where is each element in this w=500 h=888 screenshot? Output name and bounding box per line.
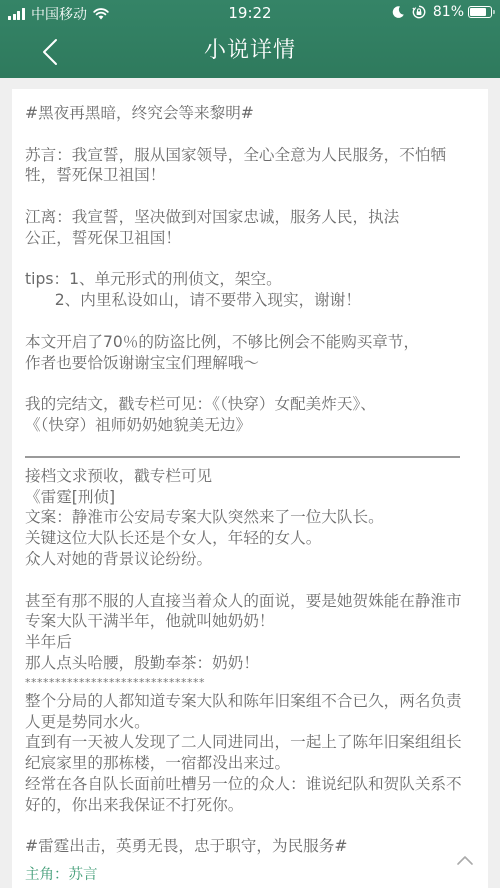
blurb-line-7: 整个分局的人都知道专案大队和陈年旧案组不合已久，两名负责人更是势同水火。 [25,691,477,733]
blurb-line-2: 关键这位大队长还是个女人，年轻的女人。 [25,528,477,549]
battery-percent: 81% [433,4,464,20]
blurb-line-3: 众人对她的背景议论纷纷。 [25,549,477,570]
section-divider [25,456,460,458]
tips-line-1: tips：1、单元形式的刑侦文，架空。 [25,269,477,290]
synopsis-text: #黑夜再黑暗，终究会等来黎明# 苏言：我宣誓，服从国家领导，全心全意为人民服务，… [25,103,477,857]
blurb-line-9: 经常在各自队长面前吐槽另一位的众人：谁说纪队和贺队关系不好的，你出来我保证不打死… [25,774,477,816]
antitheft-line-1: 本文开启了70％的防盗比例，不够比例会不能购买章节， [25,332,477,353]
star-separator: ****************************** [25,676,477,690]
synopsis-tagline-2: #雷霆出击，英勇无畏，忠于职守，为民服务# [25,836,477,857]
novel-synopsis-card: #黑夜再黑暗，终究会等来黎明# 苏言：我宣誓，服从国家领导，全心全意为人民服务，… [12,89,488,888]
blurb-line-4: 甚至有那不服的人直接当着众人的面说，要是她贺姝能在静淮市专案大队干满半年，他就叫… [25,591,477,633]
oath-jiangli-line-2: 公正，誓死保卫祖国！ [25,228,477,249]
blurb-line-6: 那人点头哈腰，殷勤奉茶：奶奶！ [25,653,477,674]
blurb-line-1: 文案：静淮市公安局专案大队突然来了一位大队长。 [25,507,477,528]
next-work-line-1: 接档文求预收，戳专栏可见 [25,466,477,487]
protagonist-label: 主角：苏言 [25,863,98,884]
tips-line-2: 2、内里私设如山，请不要带入现实，谢谢！ [25,290,477,311]
moon-icon [391,5,405,19]
blurb-line-8: 直到有一天被人发现了二人同进同出，一起上了陈年旧案组组长纪宸家里的那栋楼，一宿都… [25,732,477,774]
antitheft-line-2: 作者也要恰饭谢谢宝宝们理解哦～ [25,353,477,374]
completed-works-line-2: 《（快穿）祖师奶奶她貌美无边》 [25,415,477,436]
status-bar: 中国移动 19:22 81% [0,0,500,26]
synopsis-tagline: #黑夜再黑暗，终究会等来黎明# [25,103,477,124]
collapse-chevron-up-icon[interactable] [456,853,474,867]
blurb-line-5: 半年后 [25,632,477,653]
navigation-bar: 小说详情 [0,26,500,78]
top-bar: 中国移动 19:22 81% 小说详情 [0,0,500,78]
battery-icon [468,6,492,18]
completed-works-line-1: 我的完结文，戳专栏可见：《（快穿）女配美炸天》、 [25,394,477,415]
status-right: 81% [391,4,492,20]
orientation-lock-icon [412,5,426,19]
next-work-title: 《雷霆[刑侦] [25,487,477,508]
page-title: 小说详情 [0,26,500,76]
oath-jiangli-line-1: 江离：我宣誓，坚决做到对国家忠诚，服务人民，执法 [25,207,477,228]
oath-suyan: 苏言：我宣誓，服从国家领导，全心全意为人民服务，不怕牺牲，誓死保卫祖国！ [25,145,477,187]
